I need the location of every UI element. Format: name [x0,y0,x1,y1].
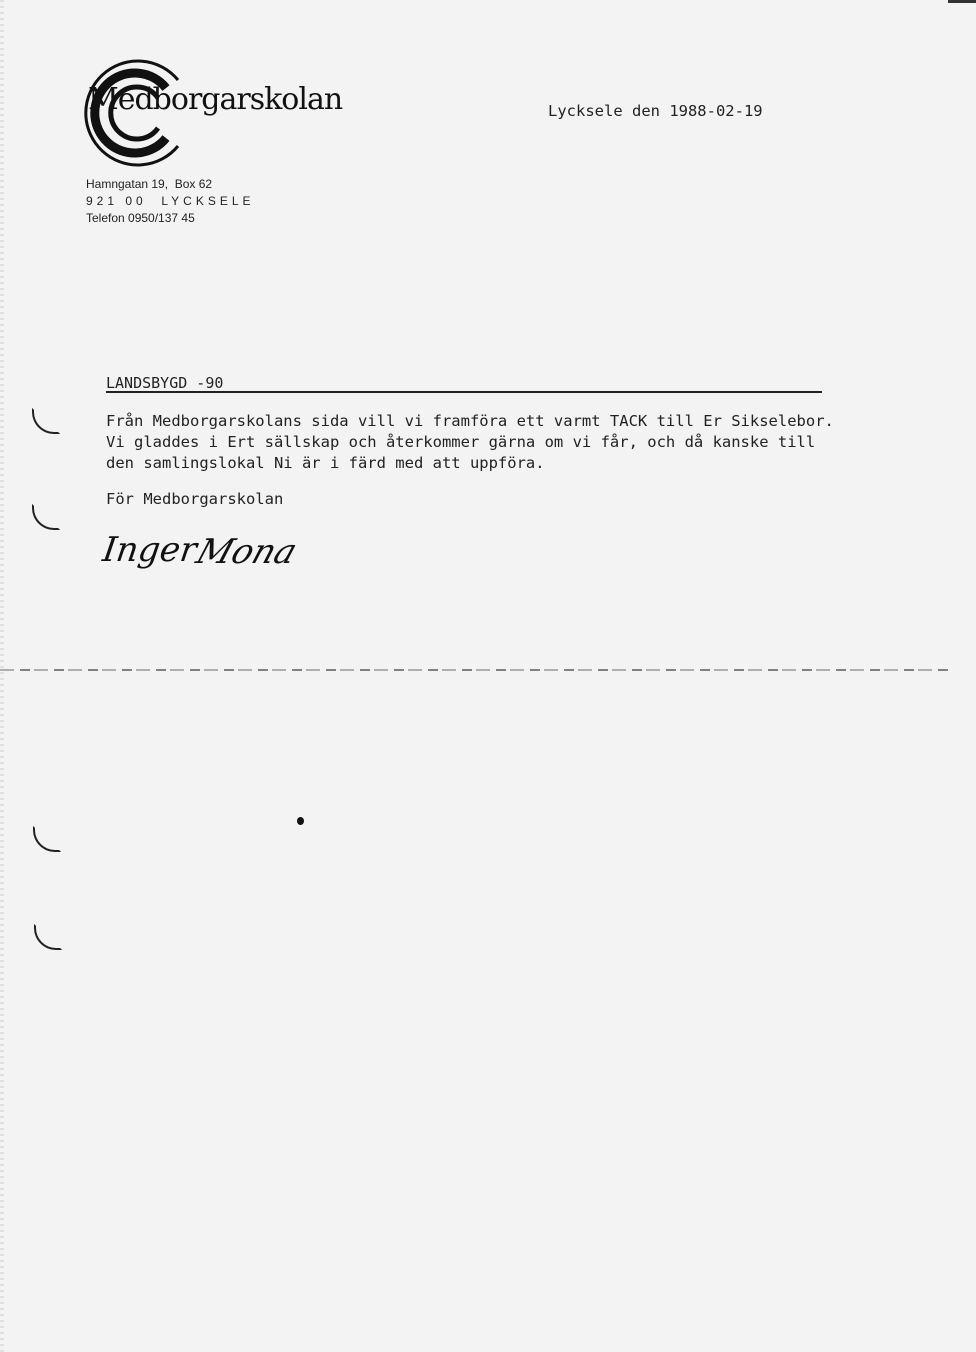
letter-closing: För Medborgarskolan [106,490,283,508]
scan-edge [0,0,4,1352]
body-line: Vi gladdes i Ert sällskap och återkommer… [106,432,834,453]
ink-speck [297,817,304,825]
scan-edge-top [948,0,976,3]
place-date: Lycksele den 1988-02-19 [548,102,763,120]
organization-logo: Medborgarskolan [74,58,324,168]
signature-inger: Inger [100,530,199,570]
punch-hole-mark-icon [32,408,60,434]
punch-hole-mark-icon [34,924,62,950]
body-line: Från Medborgarskolans sida vill vi framf… [106,411,834,432]
letter-body: Från Medborgarskolans sida vill vi framf… [106,411,834,474]
address-phone: Telefon 0950/137 45 [86,210,255,227]
organization-name: Medborgarskolan [88,82,342,117]
address-street: Hamngatan 19, Box 62 [86,176,255,193]
fold-line [0,669,950,671]
punch-hole-mark-icon [32,504,60,530]
body-line: den samlingslokal Ni är i färd med att u… [106,453,834,474]
signature-mona: Mona [192,532,302,572]
address-postal: 921 00 LYCKSELE [86,193,255,210]
letterhead-address: Hamngatan 19, Box 62 921 00 LYCKSELE Tel… [86,176,255,227]
punch-hole-mark-icon [33,826,61,852]
subject-underline [106,391,822,393]
letter-subject: LANDSBYGD -90 [106,374,223,392]
